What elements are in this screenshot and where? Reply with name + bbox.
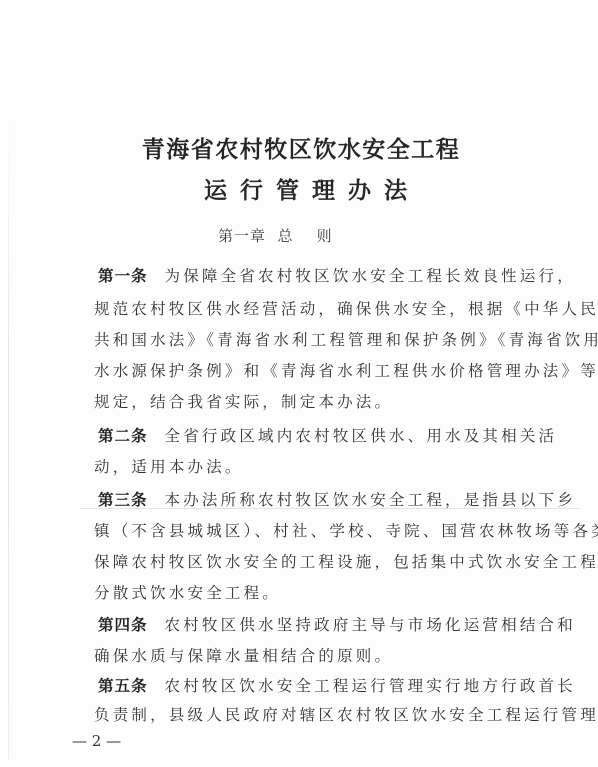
scan-edge-artifact bbox=[8, 120, 9, 760]
page-number: — 2 — bbox=[72, 732, 121, 750]
article-1-line-4: 水水源保护条例》和《青海省水利工程供水价格管理办法》等 bbox=[94, 361, 524, 381]
article-2-label: 第二条 bbox=[98, 426, 148, 445]
document-page: 青海省农村牧区饮水安全工程 运行管理办法 第一章 总 则 第一条为保障全省农村牧… bbox=[0, 0, 598, 767]
article-1-line-1: 第一条为保障全省农村牧区饮水安全工程长效良性运行， bbox=[98, 266, 528, 286]
article-4-text: 农村牧区供水坚持政府主导与市场化运营相结合和 bbox=[165, 616, 576, 634]
article-2-line-1: 第二条全省行政区域内农村牧区供水、用水及其相关活 bbox=[98, 426, 528, 446]
document-title-line-1: 青海省农村牧区饮水安全工程 bbox=[0, 131, 598, 164]
article-1-line-2: 规范农村牧区供水经营活动，确保供水安全，根据《中华人民 bbox=[94, 299, 524, 319]
article-3-text: 本办法所称农村牧区饮水安全工程，是指县以下乡 bbox=[165, 491, 576, 509]
article-3-label: 第三条 bbox=[98, 490, 148, 509]
article-5-label: 第五条 bbox=[98, 676, 148, 695]
article-2-line-2: 动，适用本办法。 bbox=[94, 457, 524, 477]
article-1-line-3: 共和国水法》《青海省水利工程管理和保护条例》《青海省饮用 bbox=[94, 330, 524, 350]
article-5-line-1: 第五条农村牧区饮水安全工程运行管理实行地方行政首长 bbox=[98, 676, 528, 696]
article-1-text: 为保障全省农村牧区饮水安全工程长效良性运行， bbox=[165, 267, 576, 285]
chapter-heading: 第一章 总 则 bbox=[218, 225, 333, 246]
article-2-text: 全省行政区域内农村牧区供水、用水及其相关活 bbox=[165, 427, 558, 445]
article-4-line-2: 确保水质与保障水量相结合的原则。 bbox=[94, 646, 524, 666]
article-5-line-2: 负责制，县级人民政府对辖区农村牧区饮水安全工程运行管理负 bbox=[94, 705, 524, 725]
article-3-line-4: 分散式饮水安全工程。 bbox=[94, 583, 524, 603]
document-title-line-2: 运行管理办法 bbox=[0, 172, 598, 205]
article-3-line-3: 保障农村牧区饮水安全的工程设施，包括集中式饮水安全工程和 bbox=[94, 552, 524, 572]
article-4-line-1: 第四条农村牧区供水坚持政府主导与市场化运营相结合和 bbox=[98, 615, 528, 635]
article-5-text: 农村牧区饮水安全工程运行管理实行地方行政首长 bbox=[165, 677, 576, 695]
article-1-label: 第一条 bbox=[98, 266, 148, 285]
article-4-label: 第四条 bbox=[98, 615, 148, 634]
article-1-line-5: 规定，结合我省实际，制定本办法。 bbox=[94, 392, 524, 412]
article-3-line-1: 第三条本办法所称农村牧区饮水安全工程，是指县以下乡 bbox=[98, 490, 528, 510]
article-3-line-2: 镇（不含县城城区）、村社、学校、寺院、国营农林牧场等各类 bbox=[94, 521, 524, 541]
